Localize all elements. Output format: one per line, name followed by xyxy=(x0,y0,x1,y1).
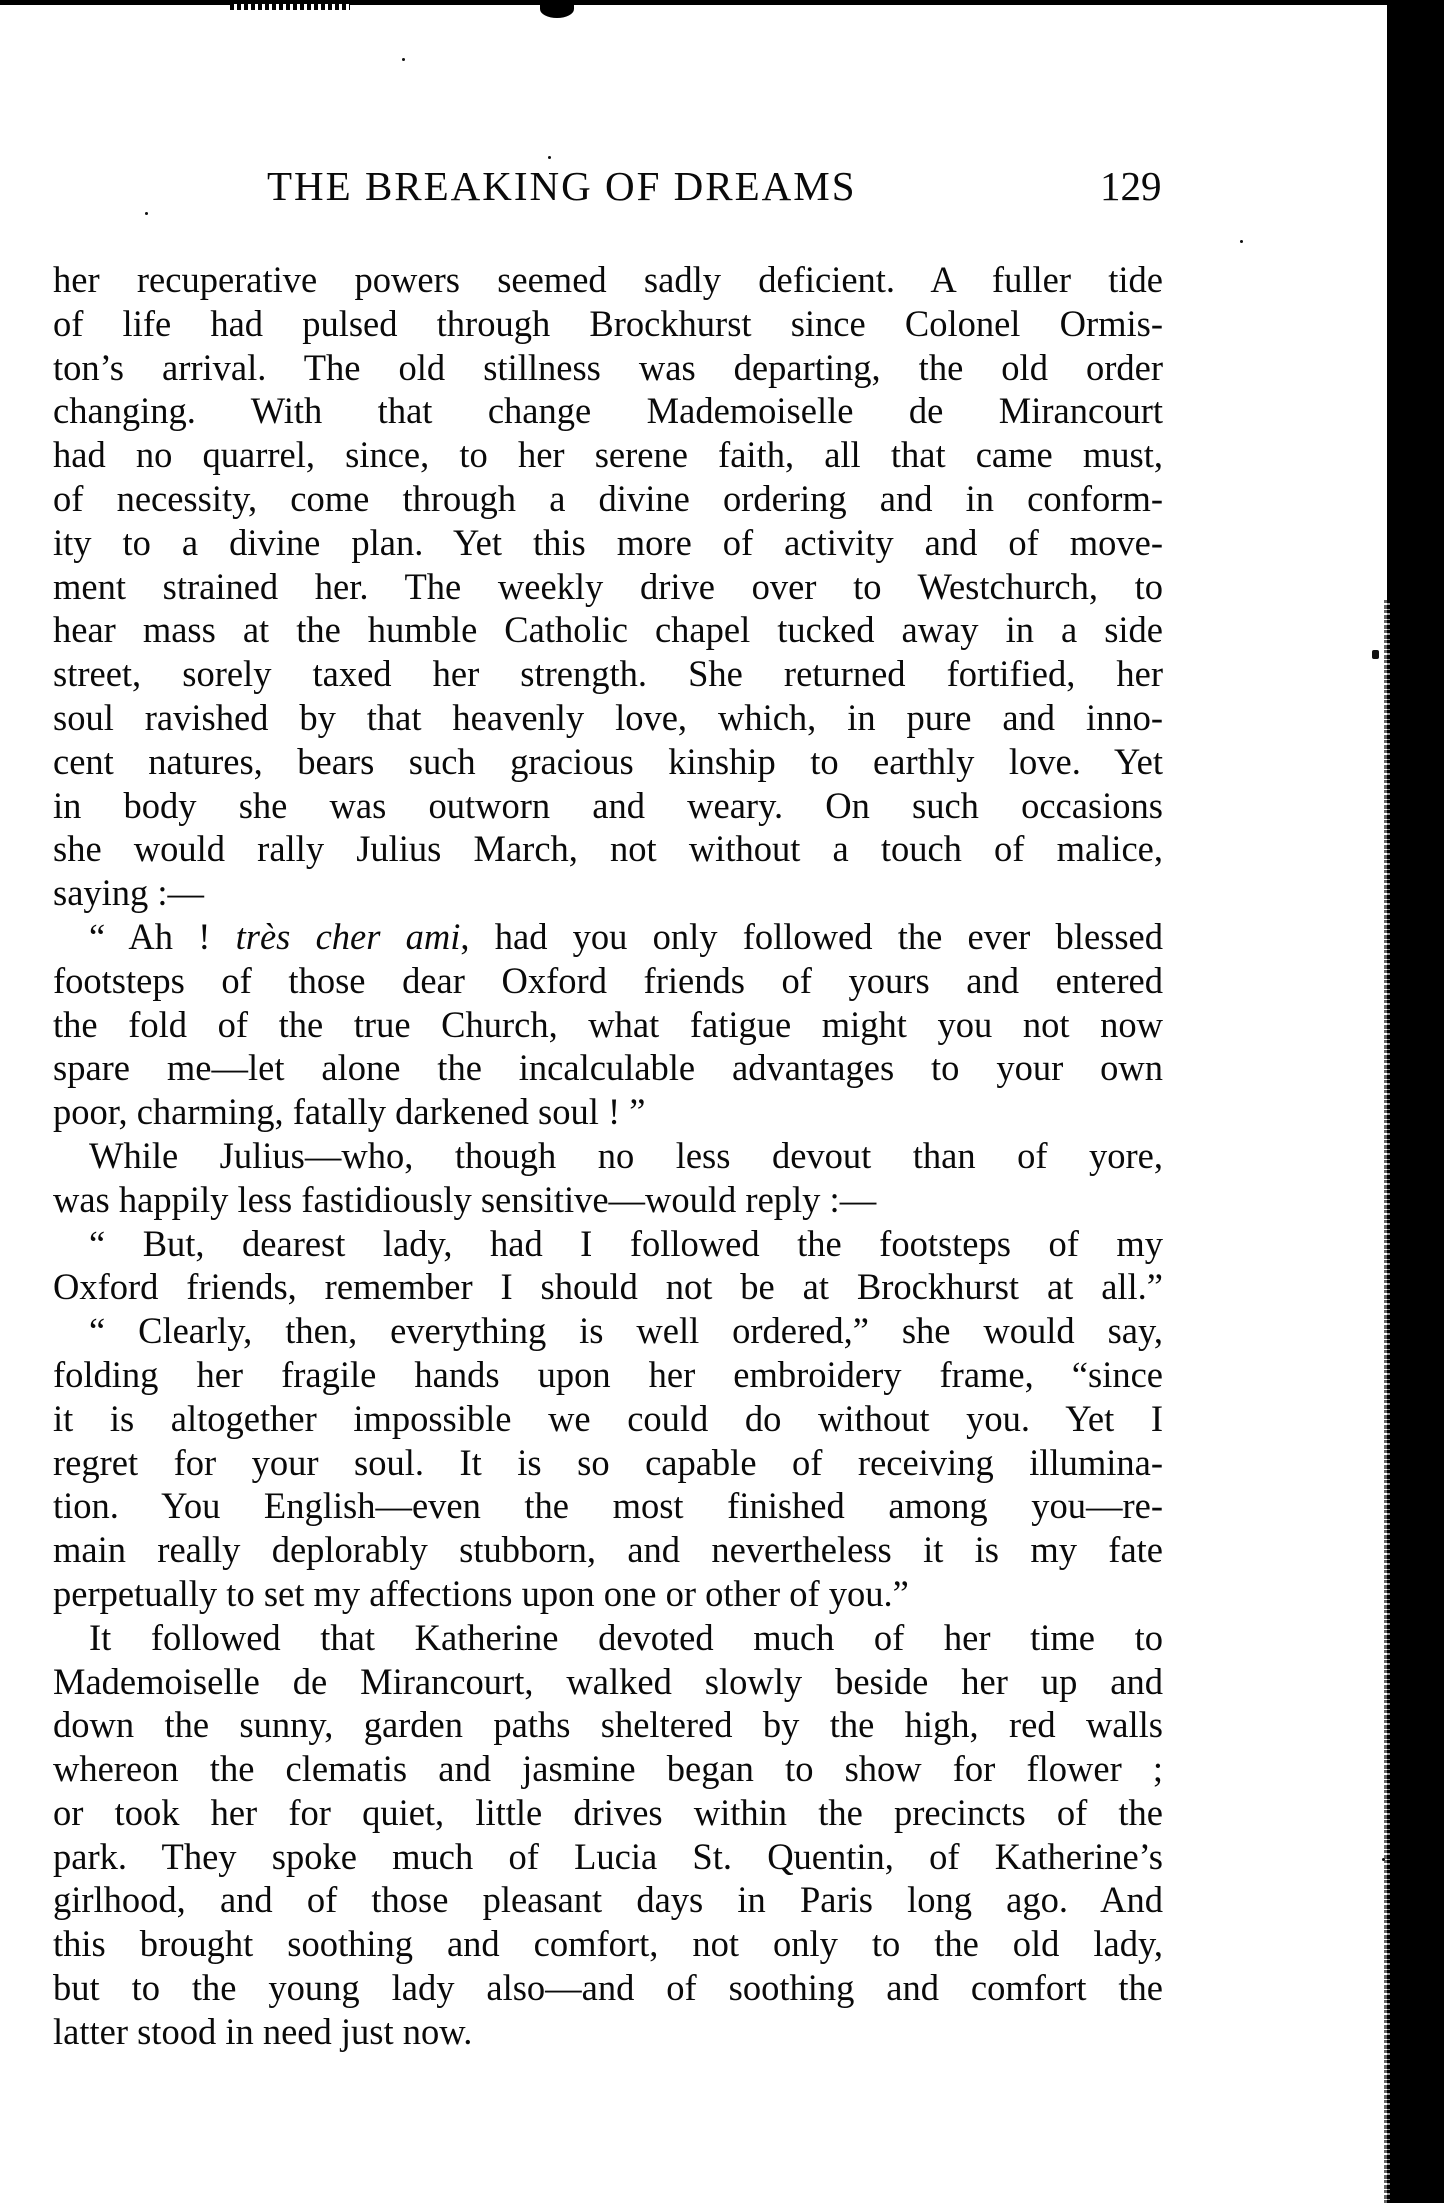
text-line: but to the young lady also—and of soothi… xyxy=(53,1966,1163,2010)
text-line: tion. You English—even the most finished… xyxy=(53,1484,1163,1528)
text-segment: “ Ah ! xyxy=(89,916,236,957)
text-line: soul ravished by that heavenly love, whi… xyxy=(53,696,1163,740)
scan-edge-noise xyxy=(230,4,350,10)
text-line: was happily less fastidiously sensitive—… xyxy=(53,1178,1163,1222)
text-line: street, sorely taxed her strength. She r… xyxy=(53,652,1163,696)
text-line: “ Clearly, then, everything is well orde… xyxy=(53,1309,1163,1353)
body-text: her recuperative powers seemed sadly def… xyxy=(53,258,1163,2054)
running-head: THE BREAKING OF DREAMS xyxy=(267,162,857,210)
text-line: main really deplorably stubborn, and nev… xyxy=(53,1528,1163,1572)
text-line: perpetually to set my affections upon on… xyxy=(53,1572,1163,1616)
text-line: Mademoiselle de Mirancourt, walked slowl… xyxy=(53,1660,1163,1704)
text-line: Oxford friends, remember I should not be… xyxy=(53,1265,1163,1309)
text-line: It followed that Katherine devoted much … xyxy=(53,1616,1163,1660)
text-line: “ But, dearest lady, had I followed the … xyxy=(53,1222,1163,1266)
text-line: poor, charming, fatally darkened soul ! … xyxy=(53,1090,1163,1134)
text-line: park. They spoke much of Lucia St. Quent… xyxy=(53,1835,1163,1879)
scan-edge-right xyxy=(1387,0,1444,2203)
text-line: footsteps of those dear Oxford friends o… xyxy=(53,959,1163,1003)
scan-speck xyxy=(1372,650,1379,659)
scan-speck xyxy=(1240,240,1243,243)
text-line: in body she was outworn and weary. On su… xyxy=(53,784,1163,828)
text-line: or took her for quiet, little drives wit… xyxy=(53,1791,1163,1835)
text-line: this brought soothing and comfort, not o… xyxy=(53,1922,1163,1966)
text-line: whereon the clematis and jasmine began t… xyxy=(53,1747,1163,1791)
italic-phrase: très cher ami xyxy=(236,916,461,957)
text-line: saying :— xyxy=(53,871,1163,915)
text-line: girlhood, and of those pleasant days in … xyxy=(53,1878,1163,1922)
text-line: “ Ah ! très cher ami, had you only follo… xyxy=(53,915,1163,959)
text-line: ment strained her. The weekly drive over… xyxy=(53,565,1163,609)
text-line: ton’s arrival. The old stillness was dep… xyxy=(53,346,1163,390)
scan-speck xyxy=(548,156,551,159)
scan-speck xyxy=(145,212,148,215)
scan-speck xyxy=(402,58,405,61)
text-segment: , had you only followed the ever blessed xyxy=(460,916,1163,957)
text-line: latter stood in need just now. xyxy=(53,2010,1163,2054)
page-number: 129 xyxy=(1100,162,1162,210)
text-line: spare me—let alone the incalculable adva… xyxy=(53,1046,1163,1090)
text-line: her recuperative powers seemed sadly def… xyxy=(53,258,1163,302)
text-line: hear mass at the humble Catholic chapel … xyxy=(53,608,1163,652)
scan-speck xyxy=(1382,1858,1385,1861)
text-line: regret for your soul. It is so capable o… xyxy=(53,1441,1163,1485)
text-line: it is altogether impossible we could do … xyxy=(53,1397,1163,1441)
scan-edge-notch xyxy=(540,0,574,18)
text-line: the fold of the true Church, what fatigu… xyxy=(53,1003,1163,1047)
text-line: cent natures, bears such gracious kinshi… xyxy=(53,740,1163,784)
text-line: folding her fragile hands upon her embro… xyxy=(53,1353,1163,1397)
text-line: of necessity, come through a divine orde… xyxy=(53,477,1163,521)
text-line: changing. With that change Mademoiselle … xyxy=(53,389,1163,433)
book-page: THE BREAKING OF DREAMS 129 her recuperat… xyxy=(0,0,1444,2203)
text-line: she would rally Julius March, not withou… xyxy=(53,827,1163,871)
text-line: ity to a divine plan. Yet this more of a… xyxy=(53,521,1163,565)
text-line: of life had pulsed through Brockhurst si… xyxy=(53,302,1163,346)
scan-edge-top xyxy=(0,0,1400,5)
text-line: down the sunny, garden paths sheltered b… xyxy=(53,1703,1163,1747)
text-line: While Julius—who, though no less devout … xyxy=(53,1134,1163,1178)
scan-edge-right-noise xyxy=(1384,600,1390,2203)
text-line: had no quarrel, since, to her serene fai… xyxy=(53,433,1163,477)
